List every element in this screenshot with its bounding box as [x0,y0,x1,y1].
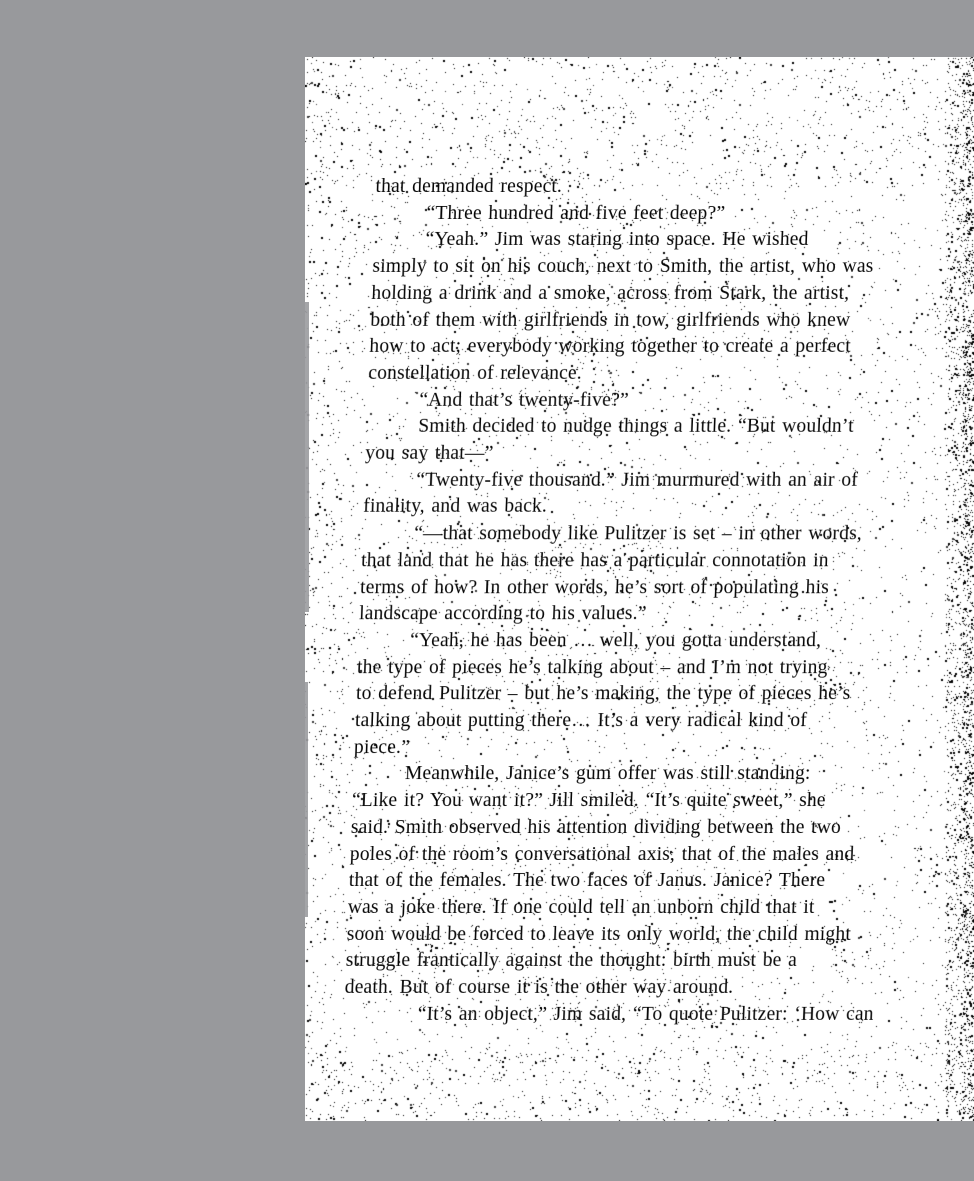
text-line: death. But of course it is the other way… [344,975,930,1002]
text-line: “Twenty-five thousand.” Jim murmured wit… [364,468,950,495]
text-line: struggle frantically against the thought… [345,948,931,975]
text-line: both of them with girlfriends in tow, gi… [370,308,956,335]
text-line: to defend Pulitzer – but he’s making, th… [355,681,941,708]
text-line: that of the females. The two faces of Ja… [348,868,934,895]
page-text-block: that demanded respect.“Three hundred and… [343,174,961,1029]
text-line: “It’s an object,” Jim said, “To quote Pu… [343,1002,929,1029]
text-line: how to act; everybody working together t… [369,334,955,361]
text-line: poles of the room’s conversational axis,… [349,842,935,869]
text-line: Meanwhile, Janice’s gum offer was still … [352,761,938,788]
text-line: Smith decided to nudge things a little. … [366,414,952,441]
text-line: terms of how? In other words, he’s sort … [360,575,946,602]
text-line: was a joke there. If one could tell an u… [347,895,933,922]
text-line: “And that’s twenty-five?” [367,388,953,415]
text-line: simply to sit on his couch, next to Smit… [372,254,958,281]
text-line: “Like it? You want it?” Jill smiled. “It… [351,788,937,815]
text-line: “Three hundred and five feet deep?” [374,201,960,228]
text-line: that land that he has there has a partic… [361,548,947,575]
text-line: soon would be forced to leave its only w… [346,922,932,949]
text-line: piece.” [353,735,939,762]
text-line: “Yeah.” Jim was staring into space. He w… [373,227,959,254]
text-line: finality, and was back. [363,494,949,521]
text-line: landscape according to his values.” [359,601,945,628]
text-line: constellation of relevance. [368,361,954,388]
text-line: that demanded respect. [375,174,961,201]
text-line: “Yeah, he has been … well, you gotta und… [358,628,944,655]
text-line: “—that somebody like Pulitzer is set – i… [362,521,948,548]
scanned-page: that demanded respect.“Three hundred and… [305,57,974,1121]
page-edge-shadow [305,682,308,917]
text-line: said. Smith observed his attention divid… [350,815,936,842]
text-line: you say that—” [365,441,951,468]
text-line: the type of pieces he’s talking about – … [357,655,943,682]
page-edge-shadow [305,302,309,612]
text-line: holding a drink and a smoke, across from… [371,281,957,308]
text-line: talking about putting there… It’s a very… [354,708,940,735]
